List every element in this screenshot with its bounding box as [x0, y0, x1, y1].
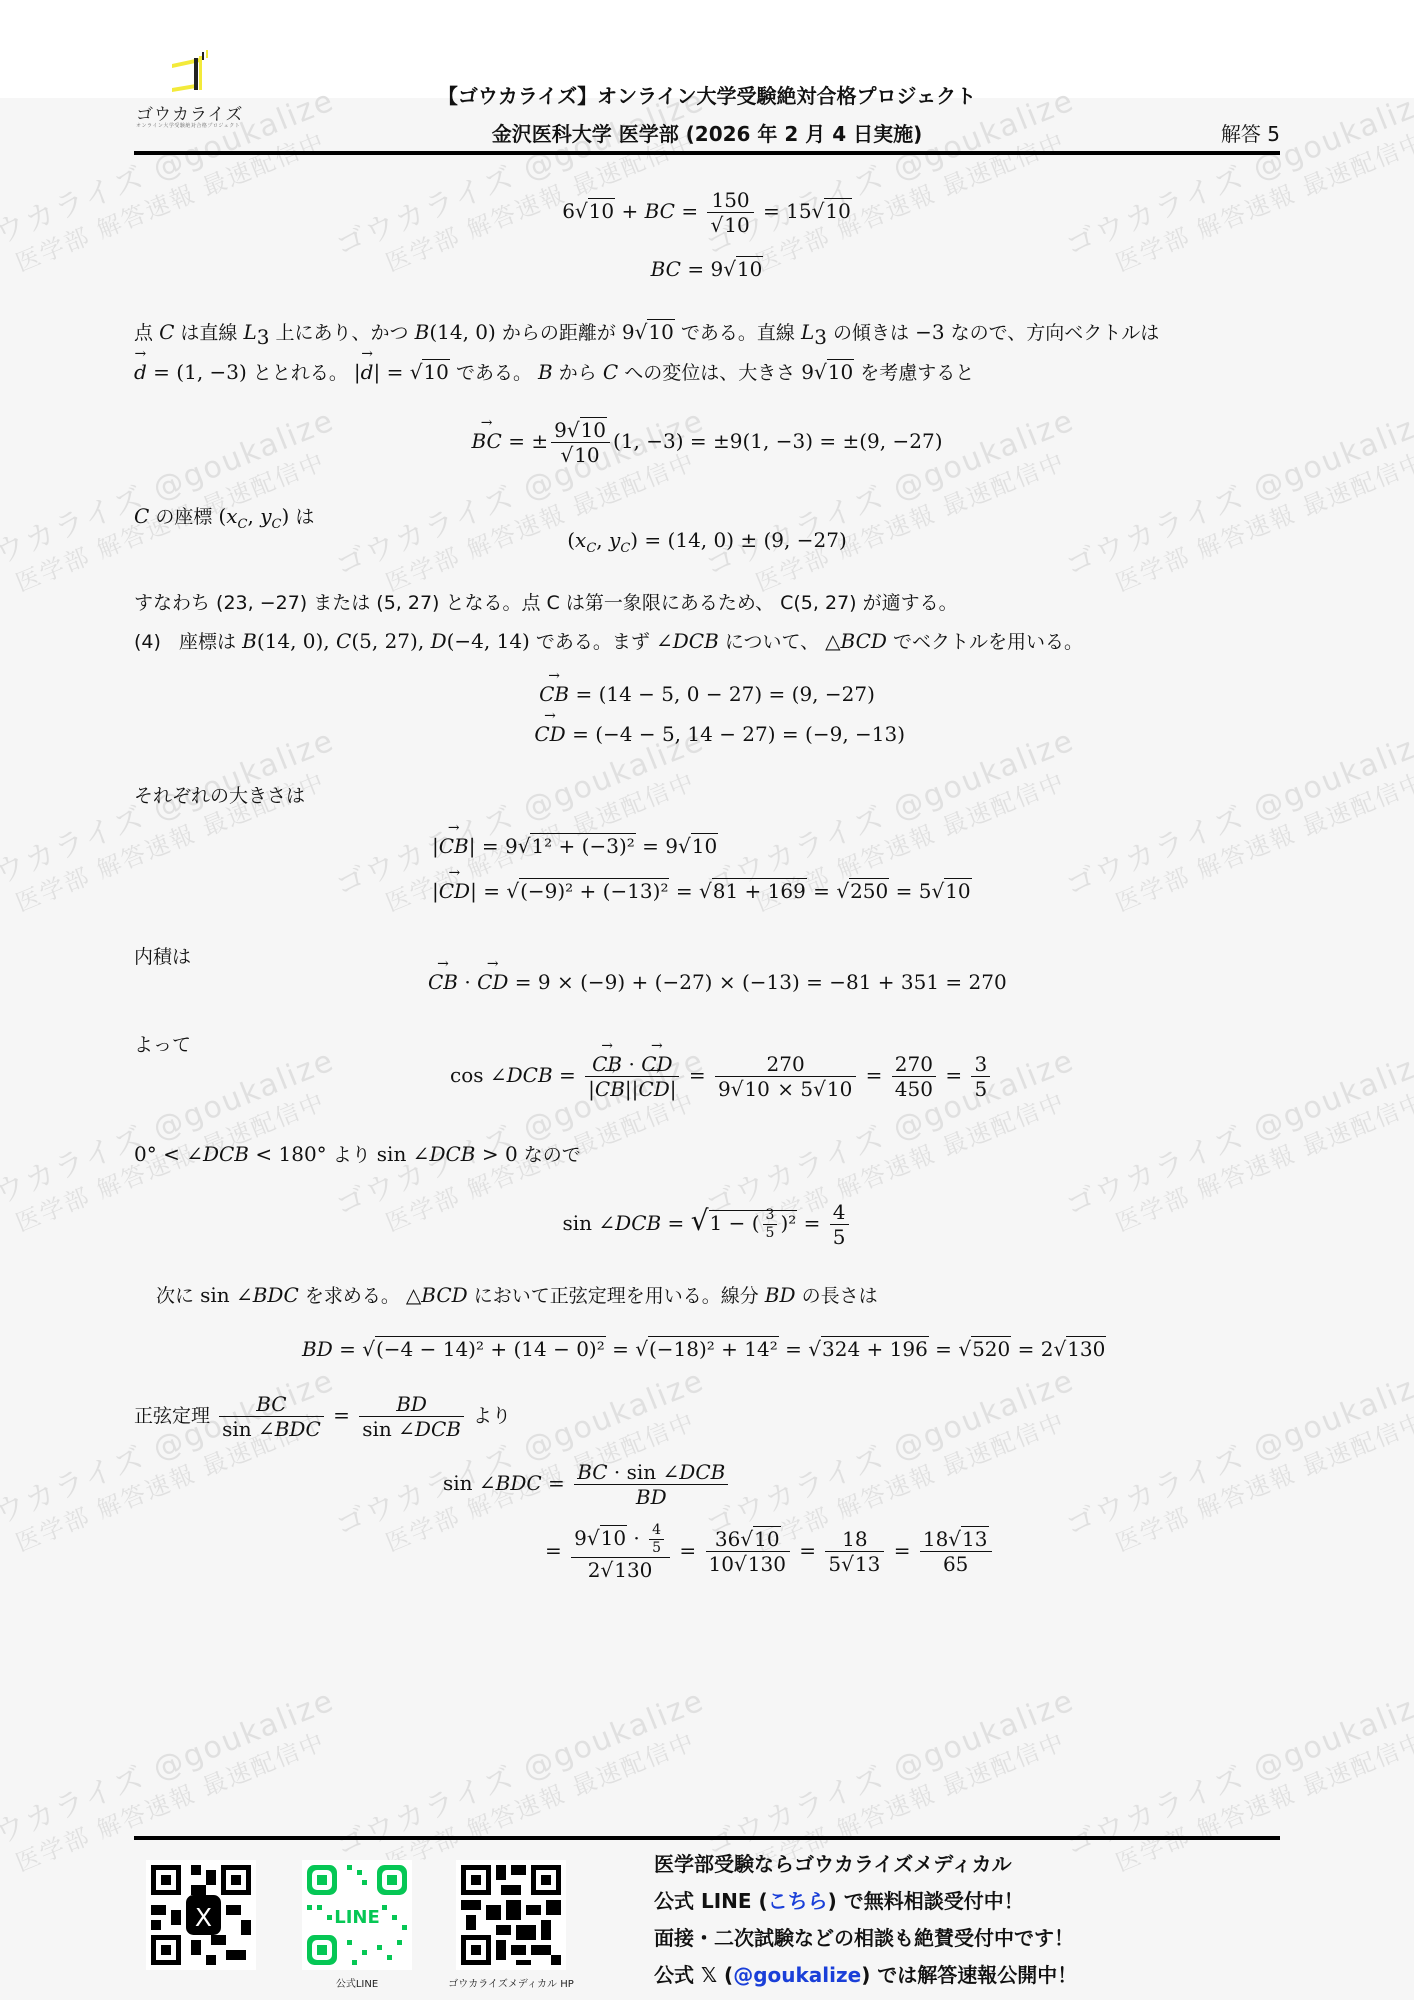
- header-rule: [134, 151, 1280, 155]
- x-account-link[interactable]: @goukalize: [733, 1963, 861, 1987]
- footer-line-3: 面接・二次試験などの相談も絶賛受付中です！: [654, 1922, 1074, 1951]
- paragraph-dot-product: 内積は: [134, 942, 191, 969]
- line-qr-caption: 公式LINE: [302, 1975, 412, 1990]
- page-label: 解答 5: [1221, 118, 1280, 147]
- equation-sin-bdc-def: sin ∠BDC = BC · sin ∠DCBBD: [443, 1460, 731, 1509]
- footer-line-4: 公式 𝕏 (@goukalize) では解答速報公開中！: [654, 1959, 1077, 1988]
- equation-bd-length: BD = √(−4 − 14)² + (14 − 0)² = √(−18)² +…: [302, 1337, 1106, 1361]
- svg-text:X: X: [195, 1903, 212, 1932]
- hp-qr-code[interactable]: [456, 1860, 566, 1970]
- equation-sin-bdc-result: = 9√10 · 452√130 = 36√1010√130 = 185√13 …: [545, 1522, 995, 1582]
- equation-cb-magnitude: |CB| = 9√1² + (−3)² = 9√10: [432, 834, 718, 858]
- paragraph-next-sin-bdc: 次に sin ∠BDC を求める。 △BCD において正弦定理を用いる。線分 B…: [156, 1281, 878, 1308]
- svg-text:LINE: LINE: [334, 1907, 380, 1928]
- equation-cb: CB = (14 − 5, 0 − 27) = (9, −27): [0, 682, 1414, 706]
- paragraph-sine-rule: 正弦定理 BCsin ∠BDC = BDsin ∠DCB より: [134, 1392, 511, 1441]
- paragraph-point-c: 点 C は直線 L3 上にあり、かつ B(14, 0) からの距離が 9√10 …: [134, 318, 1159, 349]
- paragraph-part-4: (4) 座標は B(14, 0), C(5, 27), D(−4, 14) であ…: [134, 627, 1083, 654]
- hp-qr-caption: ゴウカライズメディカル HP: [436, 1975, 586, 1990]
- footer-rule: [134, 1836, 1280, 1840]
- document-title: 【ゴウカライズ】オンライン大学受験絶対合格プロジェクト: [0, 80, 1414, 109]
- equation-dot-product: CB · CD = 9 × (−9) + (−27) × (−13) = −81…: [428, 970, 1007, 994]
- footer-line-1: 医学部受験ならゴウカライズメディカル: [654, 1848, 1012, 1877]
- equation-bc-vector: BC = ±9√10√10(1, −3) = ±9(1, −3) = ±(9, …: [0, 418, 1414, 467]
- footer-line-2: 公式 LINE (こちら) で無料相談受付中！: [654, 1885, 1024, 1914]
- paragraph-direction-vector: d = (1, −3) ととれる。 |d| = √10 である。 B から C …: [134, 358, 974, 385]
- paragraph-angle-range: 0° < ∠DCB < 180° より sin ∠DCB > 0 なので: [134, 1140, 581, 1167]
- equation-cd-magnitude: |CD| = √(−9)² + (−13)² = √81 + 169 = √25…: [432, 879, 972, 903]
- paragraph-c-result: すなわち (23, −27) または (5, 27) となる。点 C は第一象限…: [134, 588, 958, 615]
- equation-bc-sum: 6√10 + BC = 150√10 = 15√10: [0, 188, 1414, 237]
- equation-sin-dcb: sin ∠DCB = √1 − (35)² = 45: [0, 1200, 1414, 1249]
- equation-bc-value: BC = 9√10: [0, 257, 1414, 281]
- document-subtitle: 金沢医科大学 医学部 (2026 年 2 月 4 日実施): [0, 118, 1414, 147]
- page: ゴウカライズ オンライン大学受験絶対合格プロジェクト 【ゴウカライズ】オンライン…: [0, 0, 1414, 2000]
- line-qr-code[interactable]: LINE: [302, 1860, 412, 1970]
- paragraph-magnitudes: それぞれの大きさは: [134, 781, 305, 808]
- equation-cd: CD = (−4 − 5, 14 − 27) = (−9, −13): [0, 722, 1414, 746]
- line-consult-link[interactable]: こちら: [768, 1889, 828, 1913]
- equation-cos-dcb: cos ∠DCB = CB · CD|CB||CD| = 2709√10 × 5…: [450, 1052, 993, 1101]
- x-qr-code[interactable]: X: [146, 1860, 256, 1970]
- paragraph-therefore: よって: [134, 1030, 191, 1057]
- equation-c-coords: (xC, yC) = (14, 0) ± (9, −27): [0, 528, 1414, 556]
